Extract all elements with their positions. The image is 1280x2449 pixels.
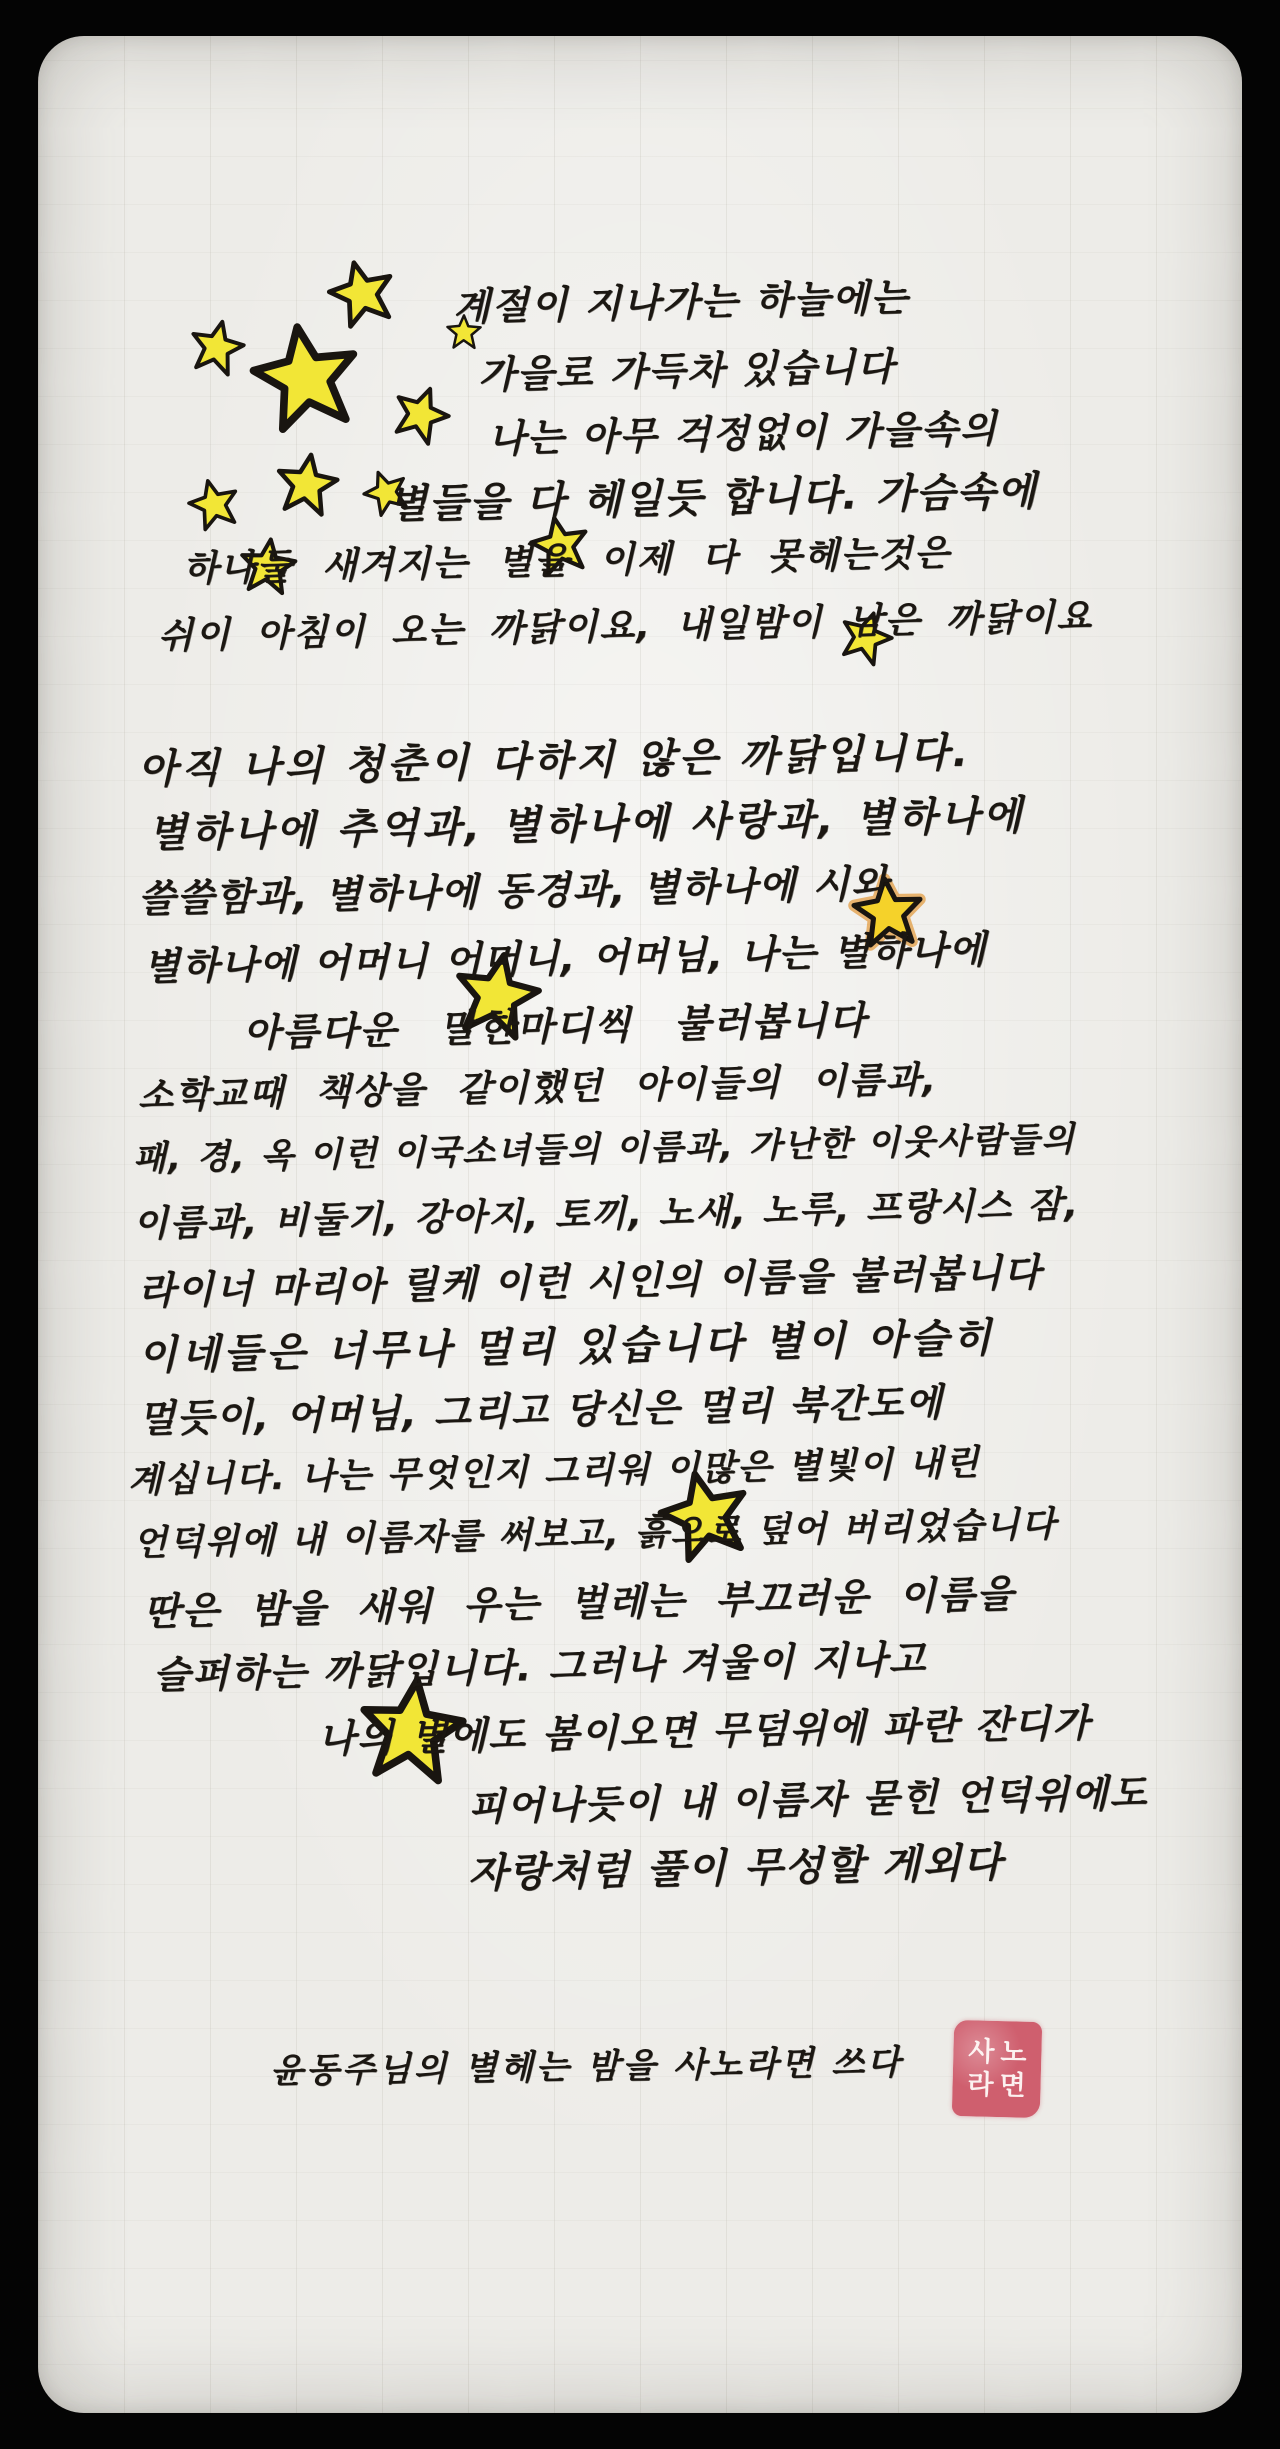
poem-line: 이름과, 비둘기, 강아지, 토끼, 노새, 노루, 프랑시스 잠, (132, 1176, 1080, 1247)
poem-line: 쉬이 아침이 오는 까닭이요, 내일밤이 남은 까닭이요 (157, 588, 1093, 659)
poem-line: 계절이 지나가는 하늘에는 (452, 266, 909, 331)
poem-line: 딴은 밤을 새워 우는 벌레는 부끄러운 이름을 (142, 1563, 1015, 1636)
photo-frame: 계절이 지나가는 하늘에는 가을로 가득차 있습니다 나는 아무 걱정없이 가을… (0, 0, 1280, 2449)
poem-line: 쓸쓸함과, 별하나에 동경과, 별하나에 시와 (137, 852, 890, 923)
poem-line: 나의 별에도 봄이오면 무덤위에 파란 잔디가 (317, 1692, 1091, 1763)
artist-seal-stamp: 사노 라면 (952, 2020, 1042, 2118)
poem-line: 피어나듯이 내 이름자 묻힌 언덕위에도 (467, 1762, 1148, 1831)
poem-line: 슬퍼하는 까닭입니다. 그러나 겨울이 지나고 (152, 1628, 927, 1699)
seal-text-bottom: 라면 (961, 2069, 1032, 2102)
poem-line: 별하나에 추억과, 별하나에 사랑과, 별하나에 (147, 784, 1026, 859)
poem-line: 이네들은 너무나 멀리 있습니다 별이 아슬히 (137, 1306, 995, 1381)
calligraphy-paper: 계절이 지나가는 하늘에는 가을로 가득차 있습니다 나는 아무 걱정없이 가을… (38, 36, 1242, 2413)
poem-line: 나는 아무 걱정없이 가을속의 (487, 397, 998, 463)
poem-line: 별들을 다 헤일듯 합니다. 가슴속에 (387, 459, 1038, 530)
poem-line: 별하나에 어머니 어머니, 어머님, 나는 별하나에 (142, 918, 987, 991)
poem-line: 자랑처럼 풀이 무성할 게외다 (467, 1831, 1004, 1899)
poem-line: 패, 경, 옥 이런 이국소녀들의 이름과, 가난한 이웃사람들의 (132, 1111, 1076, 1180)
poem-line: 하나둘 새겨지는 별을 이제 다 못헤는것은 (182, 525, 951, 592)
poem-line: 소학교때 책상을 같이했던 아이들의 이름과, (137, 1051, 938, 1119)
poem-line: 아직 나의 청춘이 다하지 않은 까닭입니다. (137, 721, 972, 795)
signature-text: 윤동주님의 별헤는 밤을 사노라면 쓰다 (270, 2035, 903, 2093)
poem-line: 가을로 가득차 있습니다 (477, 335, 896, 399)
poem-line: 아름다운 말한마디씩 불러봅니다 (242, 989, 867, 1057)
colophon: 윤동주님의 별헤는 밤을 사노라면 쓰다 사노 라면 (270, 2021, 1170, 2141)
poem-line: 라이너 마리아 릴케 이런 시인의 이름을 불러봅니다 (137, 1241, 1042, 1315)
seal-text-top: 사노 (962, 2036, 1033, 2069)
poem-line: 계십니다. 나는 무엇인지 그리워 이많은 별빛이 내린 (127, 1435, 980, 1503)
poem-line: 멀듯이, 어머님, 그리고 당신은 멀리 북간도에 (137, 1371, 944, 1443)
poem-line: 언덕위에 내 이름자를 써보고, 흙으로 덮어 버리었습니다 (132, 1497, 1057, 1566)
